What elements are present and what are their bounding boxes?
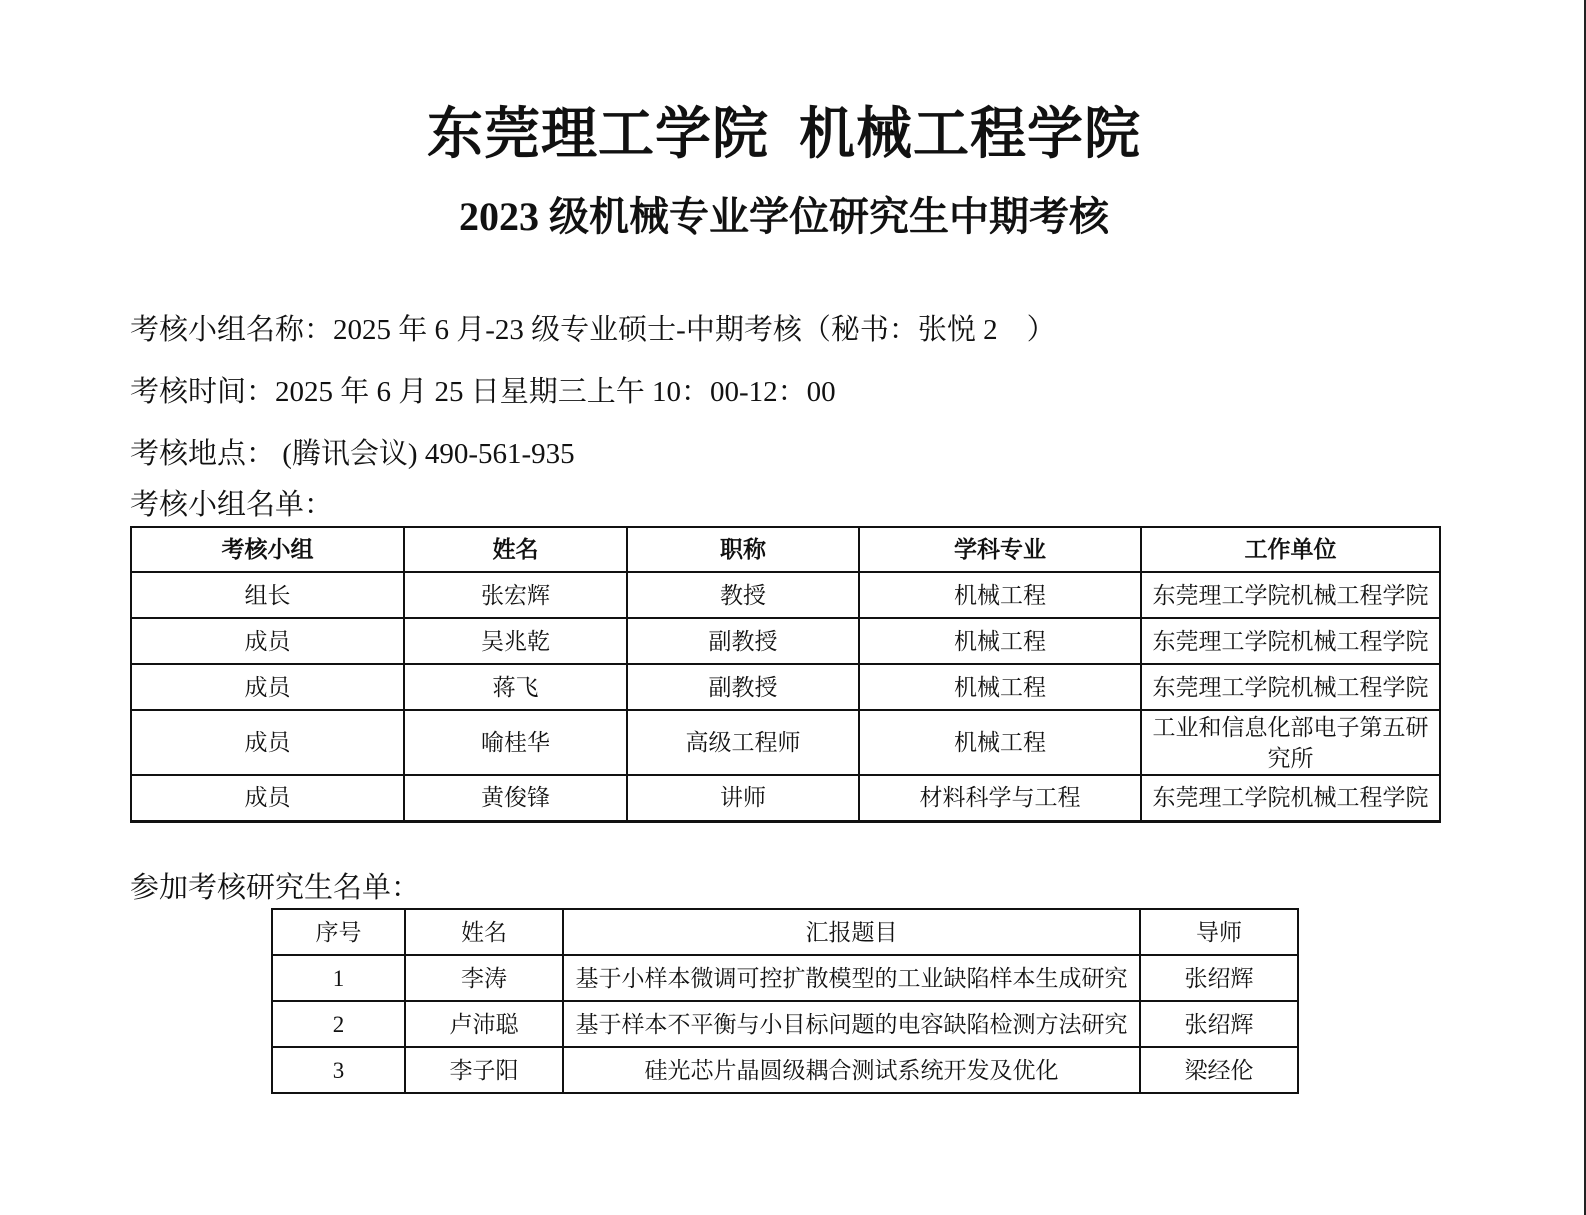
cell-title: 教授 [627,572,859,618]
cell-number: 3 [272,1047,405,1093]
cell-title: 讲师 [627,775,859,821]
cell-role: 成员 [131,775,404,821]
cell-title: 副教授 [627,664,859,710]
cell-discipline: 机械工程 [859,572,1141,618]
col-header-title: 职称 [627,527,859,572]
students-table: 序号 姓名 汇报题目 导师 1 李涛 基于小样本微调可控扩散模型的工业缺陷样本生… [271,908,1299,1094]
cell-discipline: 机械工程 [859,664,1141,710]
exam-time-line: 考核时间：2025 年 6 月 25 日星期三上午 10：00-12：00 [130,372,836,412]
exam-location-line: 考核地点： (腾讯会议) 490-561-935 [130,434,575,474]
page-subtitle: 2023 级机械专业学位研究生中期考核 [0,190,1568,244]
col-header-group: 考核小组 [131,527,404,572]
cell-name: 蒋飞 [404,664,627,710]
cell-title: 副教授 [627,618,859,664]
cell-affiliation: 工业和信息化部电子第五研究所 [1141,710,1440,775]
cell-affiliation: 东莞理工学院机械工程学院 [1141,618,1440,664]
cell-discipline: 机械工程 [859,618,1141,664]
table-row: 2 卢沛聪 基于样本不平衡与小目标问题的电容缺陷检测方法研究 张绍辉 [272,1001,1298,1047]
cell-name: 张宏辉 [404,572,627,618]
col-header-advisor: 导师 [1140,909,1298,955]
cell-affiliation: 东莞理工学院机械工程学院 [1141,572,1440,618]
cell-role: 成员 [131,710,404,775]
exam-time-value: 2025 年 6 月 25 日星期三上午 10：00-12：00 [275,376,836,408]
col-header-affiliation: 工作单位 [1141,527,1440,572]
committee-table: 考核小组 姓名 职称 学科专业 工作单位 组长 张宏辉 教授 机械工程 东莞理工… [130,526,1441,823]
exam-location-value: (腾讯会议) 490-561-935 [275,438,575,470]
table-row: 成员 黄俊锋 讲师 材料科学与工程 东莞理工学院机械工程学院 [131,775,1440,821]
cell-name: 李涛 [405,955,563,1001]
cell-topic: 基于小样本微调可控扩散模型的工业缺陷样本生成研究 [563,955,1140,1001]
col-header-number: 序号 [272,909,405,955]
cell-role: 成员 [131,664,404,710]
cell-advisor: 张绍辉 [1140,1001,1298,1047]
cell-name: 卢沛聪 [405,1001,563,1047]
table-row: 1 李涛 基于小样本微调可控扩散模型的工业缺陷样本生成研究 张绍辉 [272,955,1298,1001]
col-header-discipline: 学科专业 [859,527,1141,572]
table-row: 成员 蒋飞 副教授 机械工程 东莞理工学院机械工程学院 [131,664,1440,710]
cell-topic: 硅光芯片晶圆级耦合测试系统开发及优化 [563,1047,1140,1093]
cell-number: 1 [272,955,405,1001]
students-heading: 参加考核研究生名单： [130,868,420,908]
group-name-line: 考核小组名称：2025 年 6 月-23 级专业硕士-中期考核（秘书：张悦 2 … [130,310,1056,350]
cell-name: 黄俊锋 [404,775,627,821]
cell-name: 喻桂华 [404,710,627,775]
cell-discipline: 机械工程 [859,710,1141,775]
table-row: 成员 吴兆乾 副教授 机械工程 东莞理工学院机械工程学院 [131,618,1440,664]
col-header-name: 姓名 [404,527,627,572]
group-name-value: 2025 年 6 月-23 级专业硕士-中期考核（秘书：张悦 2 ） [333,314,1056,346]
exam-time-label: 考核时间： [130,376,275,408]
cell-discipline: 材料科学与工程 [859,775,1141,821]
cell-role: 组长 [131,572,404,618]
cell-number: 2 [272,1001,405,1047]
page-title: 东莞理工学院 机械工程学院 [0,98,1568,172]
cell-role: 成员 [131,618,404,664]
cell-affiliation: 东莞理工学院机械工程学院 [1141,664,1440,710]
committee-header-row: 考核小组 姓名 职称 学科专业 工作单位 [131,527,1440,572]
cell-topic: 基于样本不平衡与小目标问题的电容缺陷检测方法研究 [563,1001,1140,1047]
cell-advisor: 张绍辉 [1140,955,1298,1001]
cell-name: 李子阳 [405,1047,563,1093]
table-row: 3 李子阳 硅光芯片晶圆级耦合测试系统开发及优化 梁经伦 [272,1047,1298,1093]
group-name-label: 考核小组名称： [130,314,333,346]
col-header-topic: 汇报题目 [563,909,1140,955]
cell-name: 吴兆乾 [404,618,627,664]
cell-advisor: 梁经伦 [1140,1047,1298,1093]
cell-title: 高级工程师 [627,710,859,775]
table-row: 成员 喻桂华 高级工程师 机械工程 工业和信息化部电子第五研究所 [131,710,1440,775]
exam-location-label: 考核地点： [130,438,275,470]
committee-heading: 考核小组名单： [130,485,333,525]
table-row: 组长 张宏辉 教授 机械工程 东莞理工学院机械工程学院 [131,572,1440,618]
cell-affiliation: 东莞理工学院机械工程学院 [1141,775,1440,821]
col-header-name: 姓名 [405,909,563,955]
students-header-row: 序号 姓名 汇报题目 导师 [272,909,1298,955]
